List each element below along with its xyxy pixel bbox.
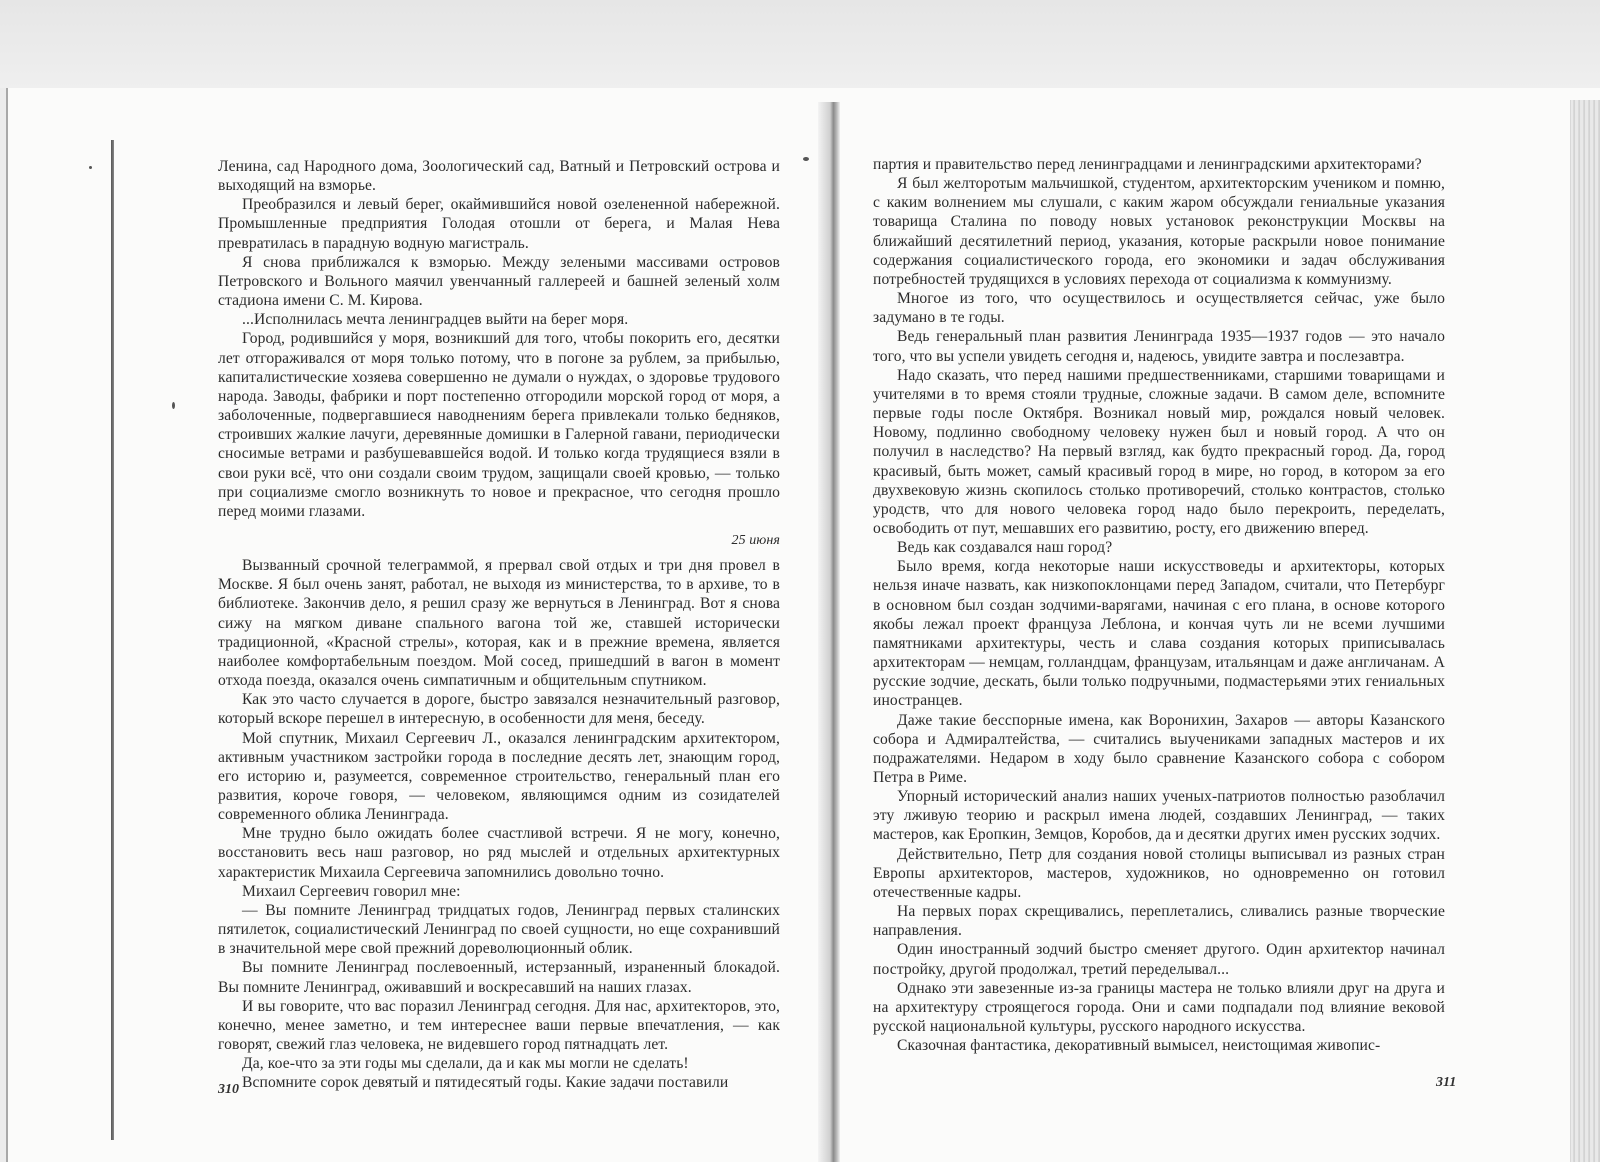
paragraph: Как это часто случается в дороге, быстро… <box>218 690 780 728</box>
left-page-text: Ленина, сад Народного дома, Зоологически… <box>218 157 780 1093</box>
paragraph: Ведь генеральный план развития Ленинград… <box>873 327 1445 365</box>
paragraph: Вы помните Ленинград послевоенный, истер… <box>218 958 780 996</box>
scan-speck <box>803 157 809 161</box>
left-margin-shadow-line <box>111 140 114 1140</box>
paragraph: Город, родившийся у моря, возникший для … <box>218 329 780 521</box>
paragraph: Сказочная фантастика, декоративный вымыс… <box>873 1036 1445 1055</box>
paragraph: На первых порах скрещивались, переплетал… <box>873 902 1445 940</box>
paragraph: ...Исполнилась мечта ленинградцев выйти … <box>218 310 780 329</box>
paragraph: партия и правительство перед ленинградца… <box>873 155 1445 174</box>
paragraph: Мой спутник, Михаил Сергеевич Л., оказал… <box>218 729 780 825</box>
paragraph: — Вы помните Ленинград тридцатых годов, … <box>218 901 780 958</box>
paragraph: Я был желторотым мальчишкой, студентом, … <box>873 174 1445 289</box>
paragraph: Преобразился и левый берег, окаймившийся… <box>218 195 780 252</box>
paragraph: Ведь как создавался наш город? <box>873 538 1445 557</box>
right-page-edge <box>1570 100 1600 1162</box>
paragraph: Мне трудно было ожидать более счастливой… <box>218 824 780 881</box>
paragraph: Я снова приближался к взморью. Между зел… <box>218 253 780 310</box>
scanner-background <box>0 0 1600 88</box>
page-number-right: 311 <box>1436 1075 1456 1091</box>
paragraph: Действительно, Петр для создания новой с… <box>873 845 1445 902</box>
paragraph: Вызванный срочной телеграммой, я прервал… <box>218 556 780 690</box>
scan-speck <box>172 402 175 409</box>
date-heading: 25 июня <box>218 531 780 550</box>
scan-speck <box>89 166 92 169</box>
paragraph: И вы говорите, что вас поразил Ленинград… <box>218 997 780 1054</box>
paragraph: Надо сказать, что перед нашими предшеств… <box>873 366 1445 538</box>
paragraph: Да, кое-что за эти годы мы сделали, да и… <box>218 1054 780 1073</box>
paragraph: Было время, когда некоторые наши искусст… <box>873 557 1445 710</box>
paragraph: Упорный исторический анализ наших ученых… <box>873 787 1445 844</box>
right-page-text: партия и правительство перед ленинградца… <box>873 155 1445 1055</box>
page-number-left: 310 <box>218 1082 239 1098</box>
paragraph: Даже такие бесспорные имена, как Вороних… <box>873 711 1445 788</box>
paragraph: Многое из того, что осуществилось и осущ… <box>873 289 1445 327</box>
paragraph: Один иностранный зодчий быстро сменяет д… <box>873 940 1445 978</box>
paragraph: Однако эти завезенные из-за границы маст… <box>873 979 1445 1036</box>
book-gutter-shadow <box>818 102 840 1162</box>
paragraph: Михаил Сергеевич говорил мне: <box>218 882 780 901</box>
paragraph: Вспомните сорок девятый и пятидесятый го… <box>218 1073 780 1092</box>
paragraph: Ленина, сад Народного дома, Зоологически… <box>218 157 780 195</box>
